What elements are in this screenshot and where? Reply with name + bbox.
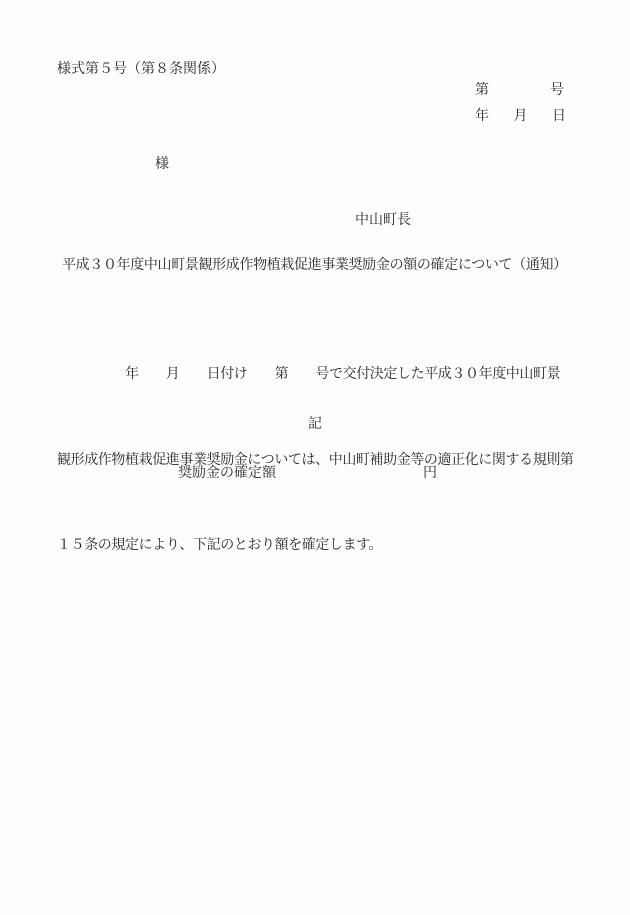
amount-unit: 円	[423, 466, 437, 483]
sender-title: 中山町長	[355, 213, 411, 230]
amount-row: 奨励金の確定額 円	[178, 466, 437, 483]
document-number-line: 第 号	[475, 83, 564, 100]
document-page: 様式第５号（第８条関係） 第 号 年 月 日 様 中山町長 平成３０年度中山町景…	[0, 0, 630, 915]
body-line-1: 年 月 日付け 第 号で交付決定した平成３０年度中山町景	[57, 361, 597, 390]
body-line-3: １５条の規定により、下記のとおり額を確定します。	[57, 532, 597, 561]
date-year-label: 年	[475, 109, 489, 126]
doc-number-suffix: 号	[550, 83, 564, 100]
body-paragraph: 年 月 日付け 第 号で交付決定した平成３０年度中山町景 観形成作物植栽促進事業…	[57, 304, 597, 618]
record-marker: 記	[0, 417, 630, 434]
date-line: 年 月 日	[475, 109, 566, 126]
amount-label: 奨励金の確定額	[178, 466, 276, 483]
form-number: 様式第５号（第８条関係）	[57, 62, 225, 79]
date-day-label: 日	[552, 109, 566, 126]
addressee-honorific: 様	[155, 157, 169, 174]
date-month-label: 月	[514, 109, 528, 126]
doc-number-prefix: 第	[475, 83, 489, 100]
subject-title: 平成３０年度中山町景観形成作物植栽促進事業奨励金の額の確定について（通知）	[62, 258, 567, 275]
